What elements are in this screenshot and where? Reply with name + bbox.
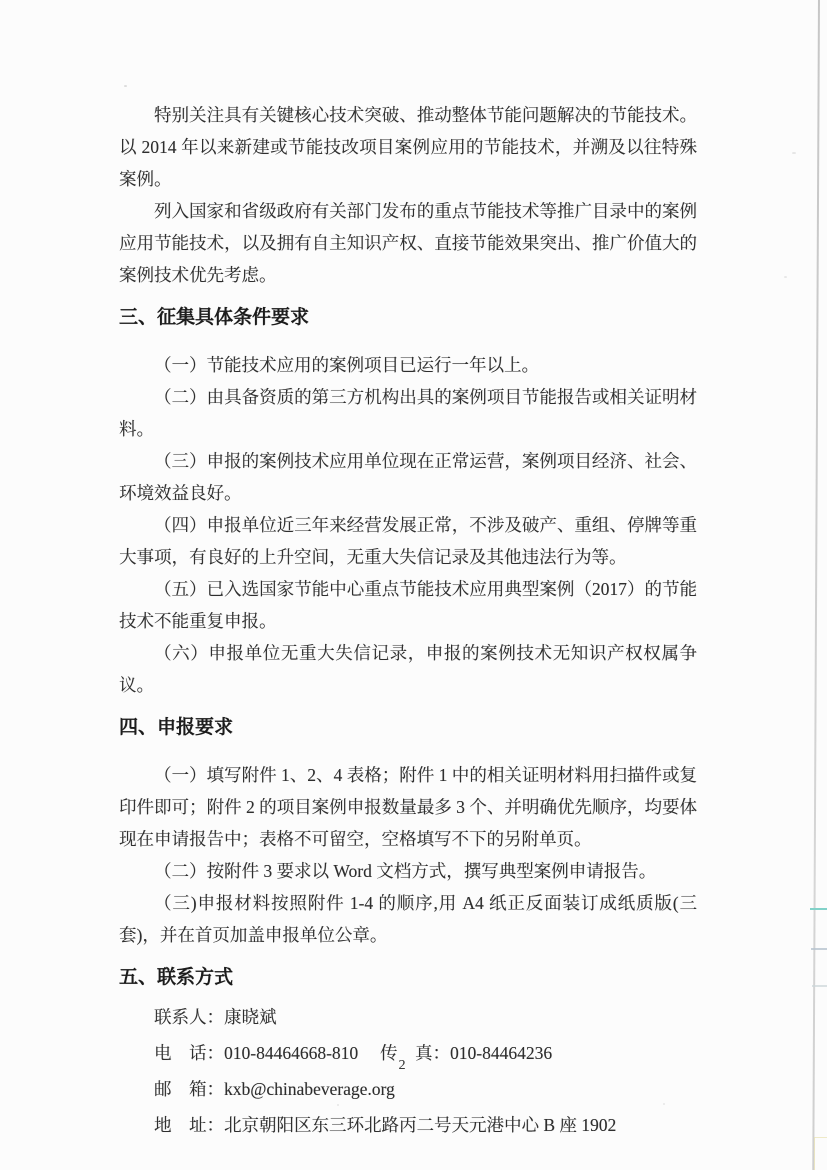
scan-speck xyxy=(792,152,796,154)
condition-item: （三）申报的案例技术应用单位现在正常运营，案例项目经济、社会、环境效益良好。 xyxy=(119,445,697,509)
scan-speck xyxy=(784,276,787,278)
page-number: 2 xyxy=(119,1058,685,1074)
condition-item: （二）由具备资质的第三方机构出具的案例项目节能报告或相关证明材料。 xyxy=(119,381,697,445)
condition-item: （六）申报单位无重大失信记录，申报的案例技术无知识产权权属争议。 xyxy=(119,637,697,701)
document-body: 特别关注具有关键核心技术突破、推动整体节能问题解决的节能技术。以 2014 年以… xyxy=(119,99,697,1143)
condition-item: （五）已入选国家节能中心重点节能技术应用典型案例（2017）的节能技术不能重复申… xyxy=(119,573,697,637)
intro-paragraph: 特别关注具有关键核心技术突破、推动整体节能问题解决的节能技术。以 2014 年以… xyxy=(119,99,697,195)
condition-item: （一）节能技术应用的案例项目已运行一年以上。 xyxy=(119,349,697,381)
ruled-line-artifact xyxy=(811,948,827,950)
intro-paragraph: 列入国家和省级政府有关部门发布的重点节能技术等推广目录中的案例应用节能技术，以及… xyxy=(119,195,697,291)
scan-speck xyxy=(663,1103,665,1105)
scan-speck xyxy=(124,85,127,87)
section-heading-conditions: 三、征集具体条件要求 xyxy=(119,302,697,334)
paper-edge-scan-line xyxy=(812,0,819,1170)
scanned-document-page: 特别关注具有关键核心技术突破、推动整体节能问题解决的节能技术。以 2014 年以… xyxy=(0,0,827,1170)
ruled-line-artifact xyxy=(810,908,827,910)
requirement-item: （三)申报材料按照附件 1-4 的顺序,用 A4 纸正反面装订成纸质版(三套)，… xyxy=(119,887,697,951)
contact-email-line: 邮 箱：kxb@chinabeverage.org xyxy=(119,1071,697,1107)
scan-speck xyxy=(337,1104,339,1106)
contact-person-line: 联系人：康晓斌 xyxy=(119,999,697,1035)
condition-item: （四）申报单位近三年来经营发展正常，不涉及破产、重组、停牌等重大事项，有良好的上… xyxy=(119,509,697,573)
contact-address-line: 地 址：北京朝阳区东三环北路丙二号天元港中心 B 座 1902 xyxy=(119,1107,697,1143)
requirement-item: （一）填写附件 1、2、4 表格；附件 1 中的相关证明材料用扫描件或复印件即可… xyxy=(119,759,697,855)
yellow-corner-artifact xyxy=(814,1137,827,1170)
ruled-line-artifact xyxy=(812,985,827,987)
section-heading-requirements: 四、申报要求 xyxy=(119,712,697,744)
section-heading-contact: 五、联系方式 xyxy=(119,962,697,994)
requirement-item: （二）按附件 3 要求以 Word 文档方式，撰写典型案例申请报告。 xyxy=(119,855,697,887)
